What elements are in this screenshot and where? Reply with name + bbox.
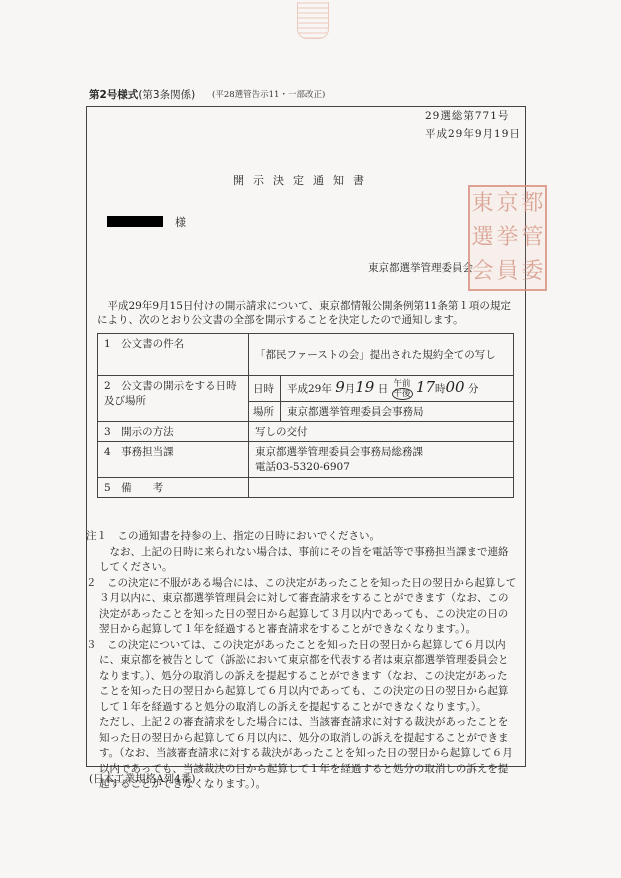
row-label: 4 事務担当課 (98, 442, 249, 478)
table-row: 4 事務担当課 東京都選挙管理委員会事務局総務課 電話03-5320-6907 (98, 442, 514, 478)
redacted-recipient-name (107, 216, 163, 227)
recipient-honorific: 様 (175, 214, 186, 230)
table-row: 1 公文書の件名 「都民ファーストの会」提出された規約全ての写し (98, 334, 514, 376)
form-article: (第3条関係) (138, 89, 195, 101)
disclosure-place: 東京都選挙管理委員会事務局 (281, 402, 514, 422)
row-label: 5 備 考 (98, 478, 249, 498)
note-2: ２ この決定に不服がある場合には、この決定があったことを知った日の翌日から起算し… (86, 576, 518, 638)
disclosure-table: 1 公文書の件名 「都民ファーストの会」提出された規約全ての写し 2 公文書の開… (97, 333, 514, 498)
form-revision-note: (平28選管告示11・一部改正) (212, 88, 325, 100)
am-pm-selector: 午前午後 (392, 379, 413, 399)
table-row: 2 公文書の開示をする日時及び場所 日時 平成29年 9月19 日 午前午後 1… (98, 376, 514, 402)
row-label: 3 開示の方法 (98, 422, 249, 442)
row-label: 2 公文書の開示をする日時及び場所 (98, 376, 249, 422)
disclosure-method: 写しの交付 (249, 422, 514, 442)
form-label: 第2号様式(第3条関係) (89, 87, 195, 102)
remarks (249, 478, 514, 498)
note-1: 注１ この通知書を持参の上、指定の日時においでください。 (86, 529, 518, 545)
section-name: 東京都選挙管理委員会事務局総務課 (255, 444, 507, 459)
document-number: 29選総第771号 (425, 108, 509, 123)
responsible-section: 東京都選挙管理委員会事務局総務課 電話03-5320-6907 (249, 442, 514, 478)
table-row: 5 備 考 (98, 478, 514, 498)
row-label: 1 公文書の件名 (98, 334, 249, 376)
notes-section: 注１ この通知書を持参の上、指定の日時においでください。 なお、上記の日時に来ら… (86, 529, 518, 793)
official-seal: 東 京 都 選 挙 管 会 員 委 (468, 185, 547, 291)
handwritten-month: 9 (335, 378, 345, 396)
place-label: 場所 (249, 402, 281, 422)
form-number: 第2号様式 (89, 89, 138, 101)
document-title: 開示決定通知書 (233, 172, 373, 188)
handwritten-day: 19 (355, 378, 374, 396)
intro-paragraph: 平成29年9月15日付けの開示請求について、東京都情報公開条例第11条第１項の規… (97, 299, 517, 327)
document-date: 平成29年9月19日 (425, 126, 521, 141)
table-row: 3 開示の方法 写しの交付 (98, 422, 514, 442)
receipt-stamp (297, 2, 329, 39)
handwritten-hour: 17 (416, 378, 435, 396)
note-3: ３ この決定については、この決定があったことを知った日の翌日から起算して６月以内… (86, 638, 518, 716)
note-1-body: なお、上記の日時に来られない場合は、事前にその旨を電話等で事務担当課まで連絡して… (86, 545, 518, 576)
handwritten-minute: 00 (446, 378, 465, 396)
section-phone: 電話03-5320-6907 (255, 459, 507, 474)
pm-circled: 午後 (392, 388, 413, 400)
issuer-name: 東京都選挙管理委員会 (368, 260, 473, 275)
disclosure-datetime: 平成29年 9月19 日 午前午後 17時00 分 (281, 376, 514, 402)
paper-size-note: (日本工業規格A列4番) (89, 771, 195, 786)
document-subject: 「都民ファーストの会」提出された規約全ての写し (249, 334, 514, 376)
datetime-label: 日時 (249, 376, 281, 402)
